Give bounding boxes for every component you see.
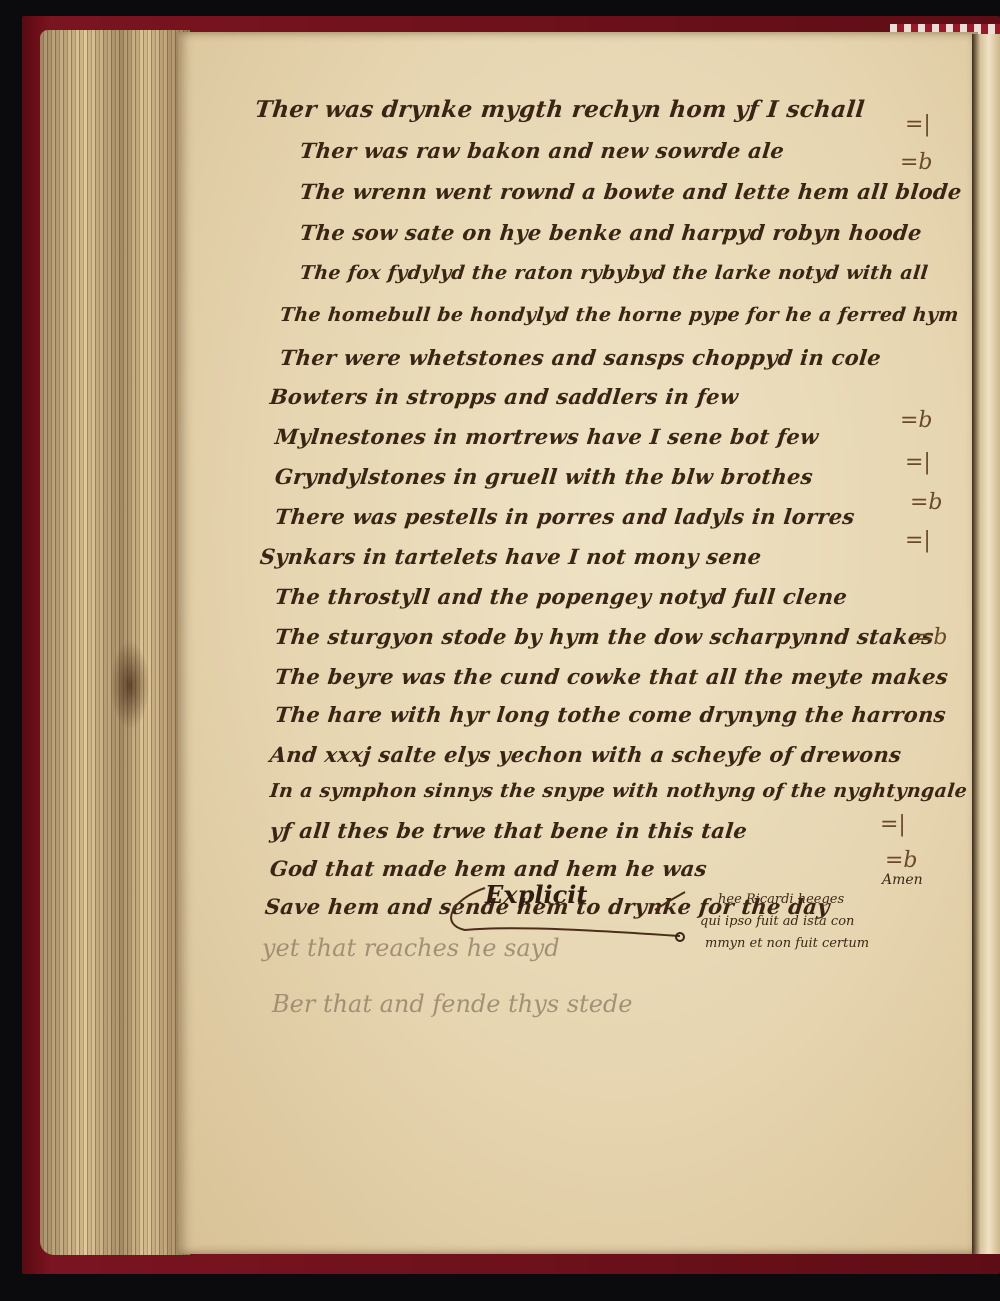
margin-mark: =b	[885, 848, 918, 873]
faint-later-line: yet that reaches he sayd	[262, 934, 560, 962]
manuscript-line: Ther were whetstones and sansps choppyd …	[279, 345, 883, 370]
manuscript-line: The wrenn went rownd a bowte and lette h…	[299, 179, 963, 204]
side-note-line: qui ipso fuit ad ista con	[700, 914, 854, 929]
side-note-line: hee Ricardi heeges	[718, 892, 844, 907]
manuscript-line: The throstyll and the popengey notyd ful…	[274, 584, 849, 609]
margin-mark: =b	[900, 150, 933, 175]
margin-mark: =b	[900, 408, 933, 433]
manuscript-line: And xxxj salte elys yechon with a scheyf…	[269, 742, 903, 767]
manuscript-line: In a symphon sinnys the snype with nothy…	[269, 780, 968, 802]
side-note-line: mmyn et non fuit certum	[705, 936, 869, 951]
manuscript-line: Gryndylstones in gruell with the blw bro…	[274, 464, 815, 489]
page-edge-stain	[110, 640, 150, 730]
margin-mark: =b	[910, 490, 943, 515]
manuscript-line: The sturgyon stode by hym the dow scharp…	[274, 624, 935, 649]
margin-mark: =|	[905, 528, 931, 553]
manuscript-line: yf all thes be trwe that bene in this ta…	[269, 818, 749, 843]
side-note-amen: Amen	[882, 872, 923, 888]
margin-mark: =b	[915, 625, 948, 650]
margin-mark: =|	[905, 450, 931, 475]
faint-later-line: Ber that and fende thys stede	[272, 990, 632, 1018]
margin-mark: =|	[905, 112, 931, 137]
manuscript-line: The sow sate on hye benke and harpyd rob…	[299, 220, 923, 245]
manuscript-line: The beyre was the cund cowke that all th…	[274, 664, 950, 689]
facing-page-gutter	[972, 34, 1000, 1254]
manuscript-line: Ther was raw bakon and new sowrde ale	[299, 138, 786, 163]
manuscript-line: Synkars in tartelets have I not mony sen…	[259, 544, 763, 569]
manuscript-line: The homebull be hondylyd the horne pype …	[279, 304, 960, 326]
manuscript-line: God that made hem and hem he was	[269, 856, 709, 881]
manuscript-line: The hare with hyr long tothe come drynyn…	[274, 702, 948, 727]
manuscript-line: Bowters in stropps and saddlers in few	[269, 384, 740, 409]
manuscript-line: Mylnestones in mortrews have I sene bot …	[274, 424, 820, 449]
margin-mark: =|	[880, 812, 906, 837]
manuscript-line: The fox fydylyd the raton rybybyd the la…	[299, 262, 929, 284]
manuscript-line: Ther was drynke mygth rechyn hom yf I sc…	[254, 96, 866, 123]
manuscript-line: There was pestells in porres and ladyls …	[274, 504, 856, 529]
explicit-text: Explicit	[485, 880, 587, 909]
